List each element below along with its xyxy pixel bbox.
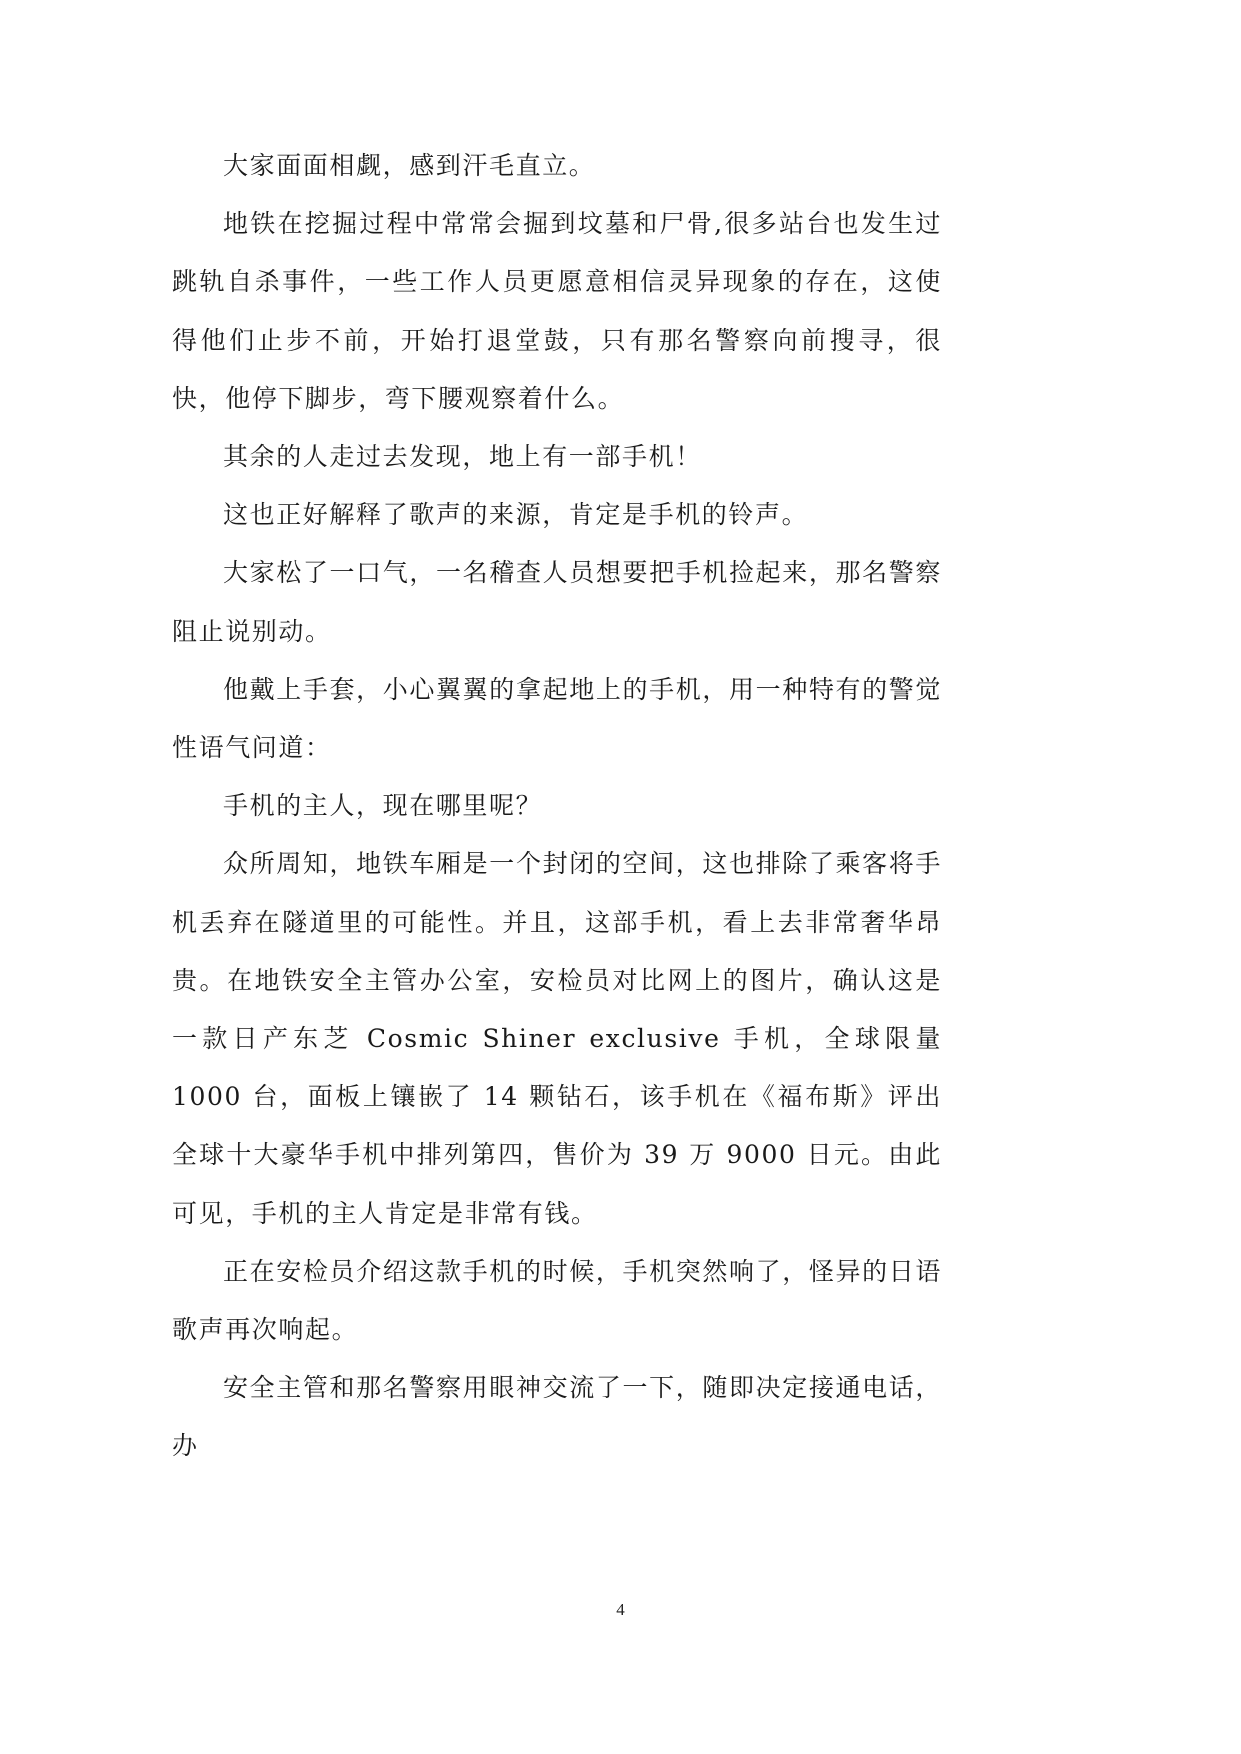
page-number: 4 (0, 1600, 1241, 1620)
paragraph: 地铁在挖掘过程中常常会掘到坟墓和尸骨,很多站台也发生过跳轨自杀事件，一些工作人员… (172, 195, 942, 428)
paragraph: 大家松了一口气，一名稽查人员想要把手机捡起来，那名警察阻止说别动。 (172, 544, 942, 660)
paragraph: 手机的主人，现在哪里呢？ (172, 777, 942, 835)
paragraph: 正在安检员介绍这款手机的时候，手机突然响了，怪异的日语歌声再次响起。 (172, 1243, 942, 1359)
paragraph: 这也正好解释了歌声的来源，肯定是手机的铃声。 (172, 486, 942, 544)
paragraph: 其余的人走过去发现，地上有一部手机！ (172, 428, 942, 486)
paragraph: 大家面面相觑，感到汗毛直立。 (172, 137, 942, 195)
document-body: 大家面面相觑，感到汗毛直立。 地铁在挖掘过程中常常会掘到坟墓和尸骨,很多站台也发… (172, 137, 942, 1476)
paragraph: 他戴上手套，小心翼翼的拿起地上的手机，用一种特有的警觉性语气问道： (172, 661, 942, 777)
document-page: 大家面面相觑，感到汗毛直立。 地铁在挖掘过程中常常会掘到坟墓和尸骨,很多站台也发… (0, 0, 1241, 1754)
paragraph: 众所周知，地铁车厢是一个封闭的空间，这也排除了乘客将手机丢弃在隧道里的可能性。并… (172, 835, 942, 1242)
paragraph: 安全主管和那名警察用眼神交流了一下，随即决定接通电话，办 (172, 1359, 942, 1475)
